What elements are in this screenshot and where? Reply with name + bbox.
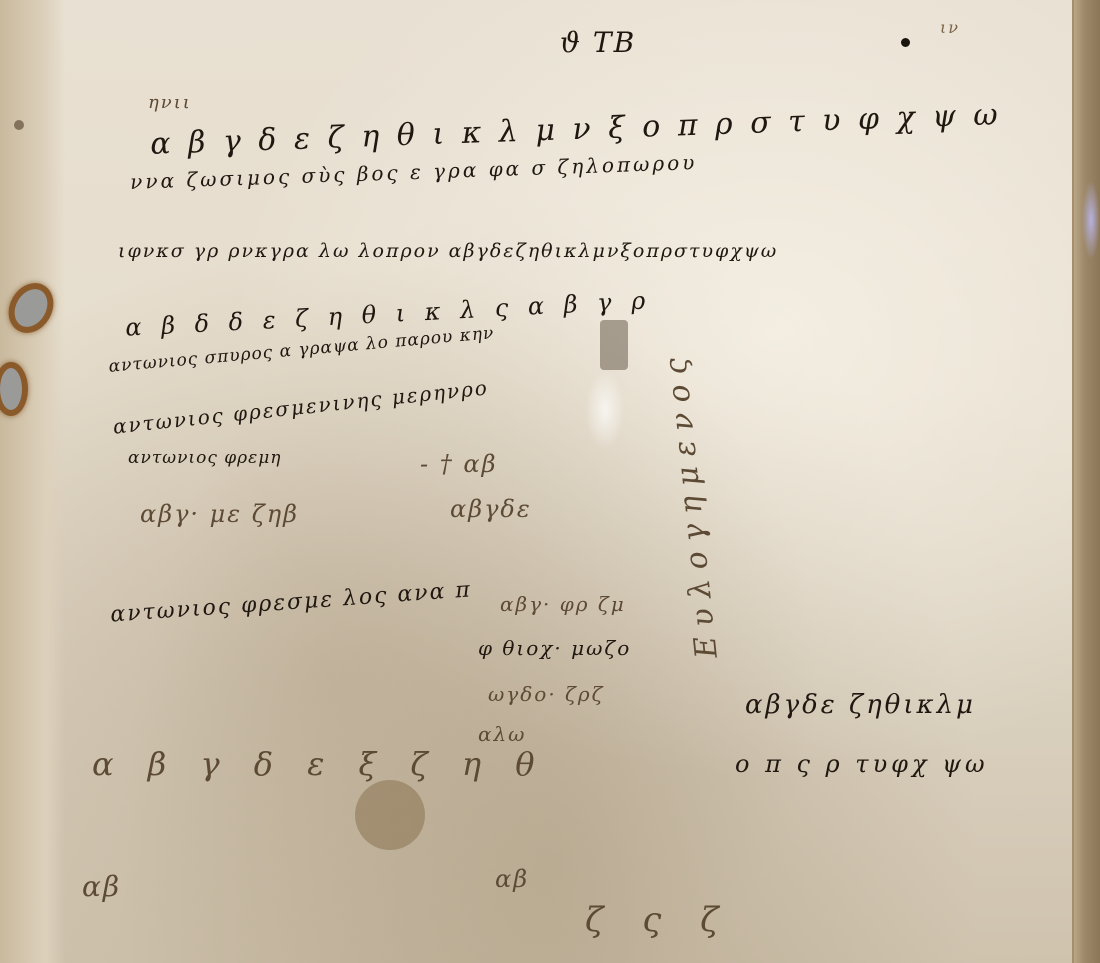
scribble: αβ [82,870,121,903]
scribble: ζ ς ζ [585,900,733,940]
text-line: αντωνιος φρεσμενινης μερηνρο [112,375,490,438]
ink-spot [14,120,24,130]
ink-dot [901,38,910,47]
text-line: αβγ· με ζηβ [140,500,299,528]
vertical-text: Ευλογημενος [657,346,724,660]
light-glare-center [585,370,625,450]
alphabet-line: αβγδε ζηθικλμ [745,690,976,720]
cross-note: - † αβ [420,450,497,478]
alphabet-line: α β γ δ ε ξ ζ η θ [92,745,546,783]
cluster-line: αλω [478,722,527,746]
text-line: αβγδε [450,495,532,523]
page-right-edge [1072,0,1100,963]
text-line: αντωνιος φρεμη [128,448,282,468]
corner-note: ιν [940,18,960,37]
cluster-line: φ θιοχ· μωζο [478,636,631,660]
page-left-margin [0,0,65,963]
text-line: ιφνκσ γρ ρνκγρα λω λοπρον αβγδεζηθικλμνξ… [118,240,778,262]
light-glare [1082,180,1100,260]
manuscript-page: ϑ ΤΒ ιν ηνιι α β γ δ ε ζ η θ ι κ λ μ ν ξ… [0,0,1100,963]
cluster-line: αβγ· φρ ζμ [500,592,626,616]
ink-smudge [600,320,628,370]
alphabet-line: ο π ς ρ τυφχ ψω [735,750,989,778]
alphabet-line: α β γ δ ε ζ η θ ι κ λ μ ν ξ ο π ρ σ τ υ … [150,97,1003,162]
scribble: αβ [495,865,529,893]
ink-stain [355,780,425,850]
page-number-marker: ϑ ΤΒ [560,26,636,59]
cluster-line: ωγδο· ζρζ [488,682,605,706]
top-scribble: ηνιι [148,92,192,113]
text-line: αντωνιος φρεσμε λος ανα π [110,577,473,627]
